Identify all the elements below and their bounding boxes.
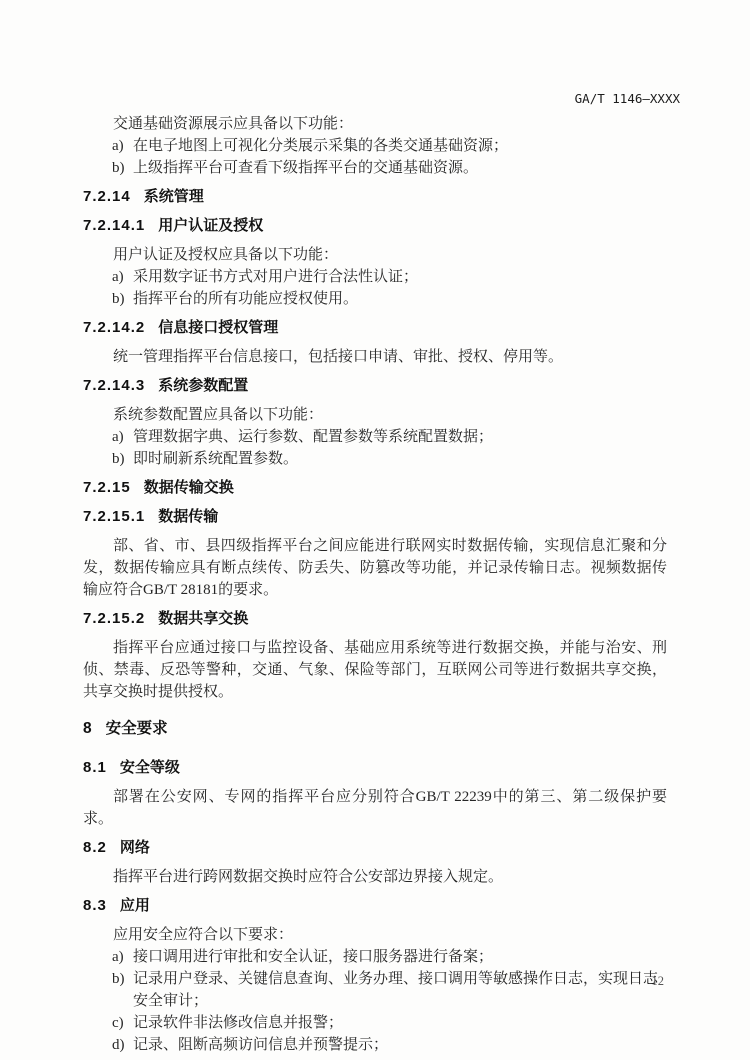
list-text: 记录软件非法修改信息并报警； <box>133 1012 667 1034</box>
list-marker: a) <box>112 426 133 448</box>
paragraph: 部署在公安网、专网的指挥平台应分别符合GB/T 22239中的第三、第二级保护要… <box>83 786 667 830</box>
paragraph: 指挥平台进行跨网数据交换时应符合公安部边界接入规定。 <box>83 866 667 888</box>
list-text: 在电子地图上可视化分类展示采集的各类交通基础资源； <box>133 135 667 157</box>
clause-number: 8 <box>83 720 93 737</box>
list-marker: b) <box>112 968 133 1012</box>
clause-heading: 7.2.15.1数据传输 <box>83 506 667 528</box>
list-marker: d) <box>112 1034 133 1056</box>
list-text: 管理数据字典、运行参数、配置参数等系统配置数据； <box>133 426 667 448</box>
list-item: b)即时刷新系统配置参数。 <box>83 448 667 470</box>
clause-number: 7.2.14.3 <box>83 377 145 394</box>
clause-number: 7.2.14.2 <box>83 319 145 336</box>
clause-number: 7.2.15.2 <box>83 610 145 627</box>
paragraph: 系统参数配置应具备以下功能： <box>83 404 667 426</box>
clause-title: 网络 <box>120 839 150 856</box>
clause-heading: 7.2.15.2数据共享交换 <box>83 608 667 630</box>
clause-number: 7.2.15.1 <box>83 508 145 525</box>
clause-title: 用户认证及授权 <box>158 217 263 234</box>
clause-heading: 8.3应用 <box>83 895 667 917</box>
clause-number: 8.3 <box>83 897 107 914</box>
list-text: 指挥平台的所有功能应授权使用。 <box>133 288 667 310</box>
list-marker: a) <box>112 135 133 157</box>
clause-title: 应用 <box>120 897 150 914</box>
clause-title: 安全要求 <box>106 720 168 737</box>
standard-code-header: GA/T 1146—XXXX <box>575 92 680 105</box>
clause-number: 8.2 <box>83 839 107 856</box>
list-marker: b) <box>112 288 133 310</box>
page-number: 12 <box>652 970 665 992</box>
clause-title: 系统管理 <box>144 188 204 205</box>
list-item: c)记录软件非法修改信息并报警； <box>83 1012 667 1034</box>
clause-title: 系统参数配置 <box>158 377 248 394</box>
list-text: 即时刷新系统配置参数。 <box>133 448 667 470</box>
list-marker: a) <box>112 946 133 968</box>
list-text: 采用数字证书方式对用户进行合法性认证； <box>133 266 667 288</box>
list-text: 记录、阻断高频访问信息并预警提示； <box>133 1034 667 1056</box>
list-text: 记录用户登录、关键信息查询、业务办理、接口调用等敏感操作日志，实现日志安全审计； <box>133 968 667 1012</box>
paragraph: 用户认证及授权应具备以下功能： <box>83 244 667 266</box>
list-item: a)在电子地图上可视化分类展示采集的各类交通基础资源； <box>83 135 667 157</box>
document-body: 交通基础资源展示应具备以下功能：a)在电子地图上可视化分类展示采集的各类交通基础… <box>83 113 667 1056</box>
clause-title: 数据共享交换 <box>158 610 248 627</box>
paragraph: 统一管理指挥平台信息接口，包括接口申请、审批、授权、停用等。 <box>83 346 667 368</box>
clause-heading: 7.2.14.1用户认证及授权 <box>83 215 667 237</box>
list-marker: b) <box>112 448 133 470</box>
clause-title: 数据传输 <box>158 508 218 525</box>
list-item: a)采用数字证书方式对用户进行合法性认证； <box>83 266 667 288</box>
clause-number: 7.2.14.1 <box>83 217 145 234</box>
document-page: GA/T 1146—XXXX 交通基础资源展示应具备以下功能：a)在电子地图上可… <box>0 0 750 1060</box>
clause-heading: 8.2网络 <box>83 837 667 859</box>
paragraph: 指挥平台应通过接口与监控设备、基础应用系统等进行数据交换，并能与治安、刑侦、禁毒… <box>83 637 667 703</box>
list-item: a)管理数据字典、运行参数、配置参数等系统配置数据； <box>83 426 667 448</box>
paragraph: 部、省、市、县四级指挥平台之间应能进行联网实时数据传输，实现信息汇聚和分发，数据… <box>83 535 667 601</box>
list-item: d)记录、阻断高频访问信息并预警提示； <box>83 1034 667 1056</box>
list-marker: c) <box>112 1012 133 1034</box>
clause-heading: 8.1安全等级 <box>83 757 667 779</box>
clause-number: 8.1 <box>83 759 107 776</box>
clause-title: 安全等级 <box>120 759 180 776</box>
clause-heading: 7.2.15数据传输交换 <box>83 477 667 499</box>
paragraph: 交通基础资源展示应具备以下功能： <box>83 113 667 135</box>
clause-heading: 7.2.14系统管理 <box>83 186 667 208</box>
clause-number: 7.2.14 <box>83 188 131 205</box>
clause-title: 信息接口授权管理 <box>158 319 278 336</box>
list-item: b)指挥平台的所有功能应授权使用。 <box>83 288 667 310</box>
list-marker: b) <box>112 157 133 179</box>
list-text: 上级指挥平台可查看下级指挥平台的交通基础资源。 <box>133 157 667 179</box>
chapter-heading: 8安全要求 <box>83 718 667 740</box>
paragraph: 应用安全应符合以下要求： <box>83 924 667 946</box>
clause-number: 7.2.15 <box>83 479 131 496</box>
clause-heading: 7.2.14.3系统参数配置 <box>83 375 667 397</box>
list-item: b)上级指挥平台可查看下级指挥平台的交通基础资源。 <box>83 157 667 179</box>
list-marker: a) <box>112 266 133 288</box>
list-item: a)接口调用进行审批和安全认证，接口服务器进行备案； <box>83 946 667 968</box>
list-item: b)记录用户登录、关键信息查询、业务办理、接口调用等敏感操作日志，实现日志安全审… <box>83 968 667 1012</box>
clause-title: 数据传输交换 <box>144 479 234 496</box>
clause-heading: 7.2.14.2信息接口授权管理 <box>83 317 667 339</box>
list-text: 接口调用进行审批和安全认证，接口服务器进行备案； <box>133 946 667 968</box>
